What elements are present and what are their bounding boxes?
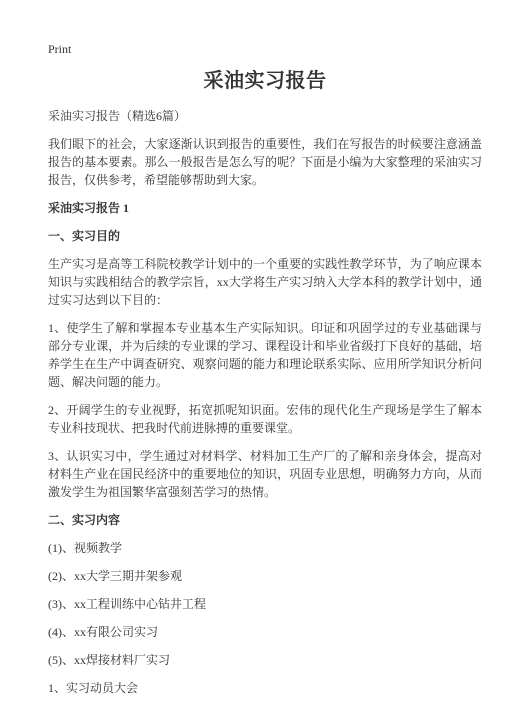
content-list-item-1: (1)、视频教学 (48, 539, 482, 557)
page-title: 采油实习报告 (48, 69, 482, 93)
document-page: Print 采油实习报告 采油实习报告（精选6篇） 我们眼下的社会，大家逐渐认识… (0, 0, 520, 718)
purpose-item-1-paragraph: 1、使学生了解和掌握本专业基本生产实际知识。印证和巩固学过的专业基础课与部分专业… (48, 319, 482, 391)
document-subtitle: 采油实习报告（精选6篇） (48, 107, 482, 125)
mobilization-meeting-item: 1、实习动员大会 (48, 679, 482, 697)
section-heading-internship-purpose: 一、实习目的 (48, 227, 482, 245)
purpose-item-3-paragraph: 3、认识实习中，学生通过对材料学、材料加工生产厂的了解和亲身体会，提高对材料生产… (48, 447, 482, 501)
content-list-item-4: (4)、xx有限公司实习 (48, 623, 482, 641)
intro-paragraph: 我们眼下的社会，大家逐渐认识到报告的重要性，我们在写报告的时候要注意涵盖报告的基… (48, 135, 482, 189)
content-list-item-3: (3)、xx工程训练中心钻井工程 (48, 595, 482, 613)
section-heading-internship-content: 二、实习内容 (48, 511, 482, 529)
content-list-item-2: (2)、xx大学三期井架参观 (48, 567, 482, 585)
print-button[interactable]: Print (48, 43, 71, 56)
purpose-item-2-paragraph: 2、开阔学生的专业视野，拓宽抓呢知识面。宏伟的现代化生产现场是学生了解本专业科技… (48, 401, 482, 437)
purpose-intro-paragraph: 生产实习是高等工科院校教学计划中的一个重要的实践性教学环节，为了响应课本知识与实… (48, 255, 482, 309)
report-1-heading: 采油实习报告 1 (48, 199, 482, 217)
content-list-item-5: (5)、xx焊接材料厂实习 (48, 651, 482, 669)
